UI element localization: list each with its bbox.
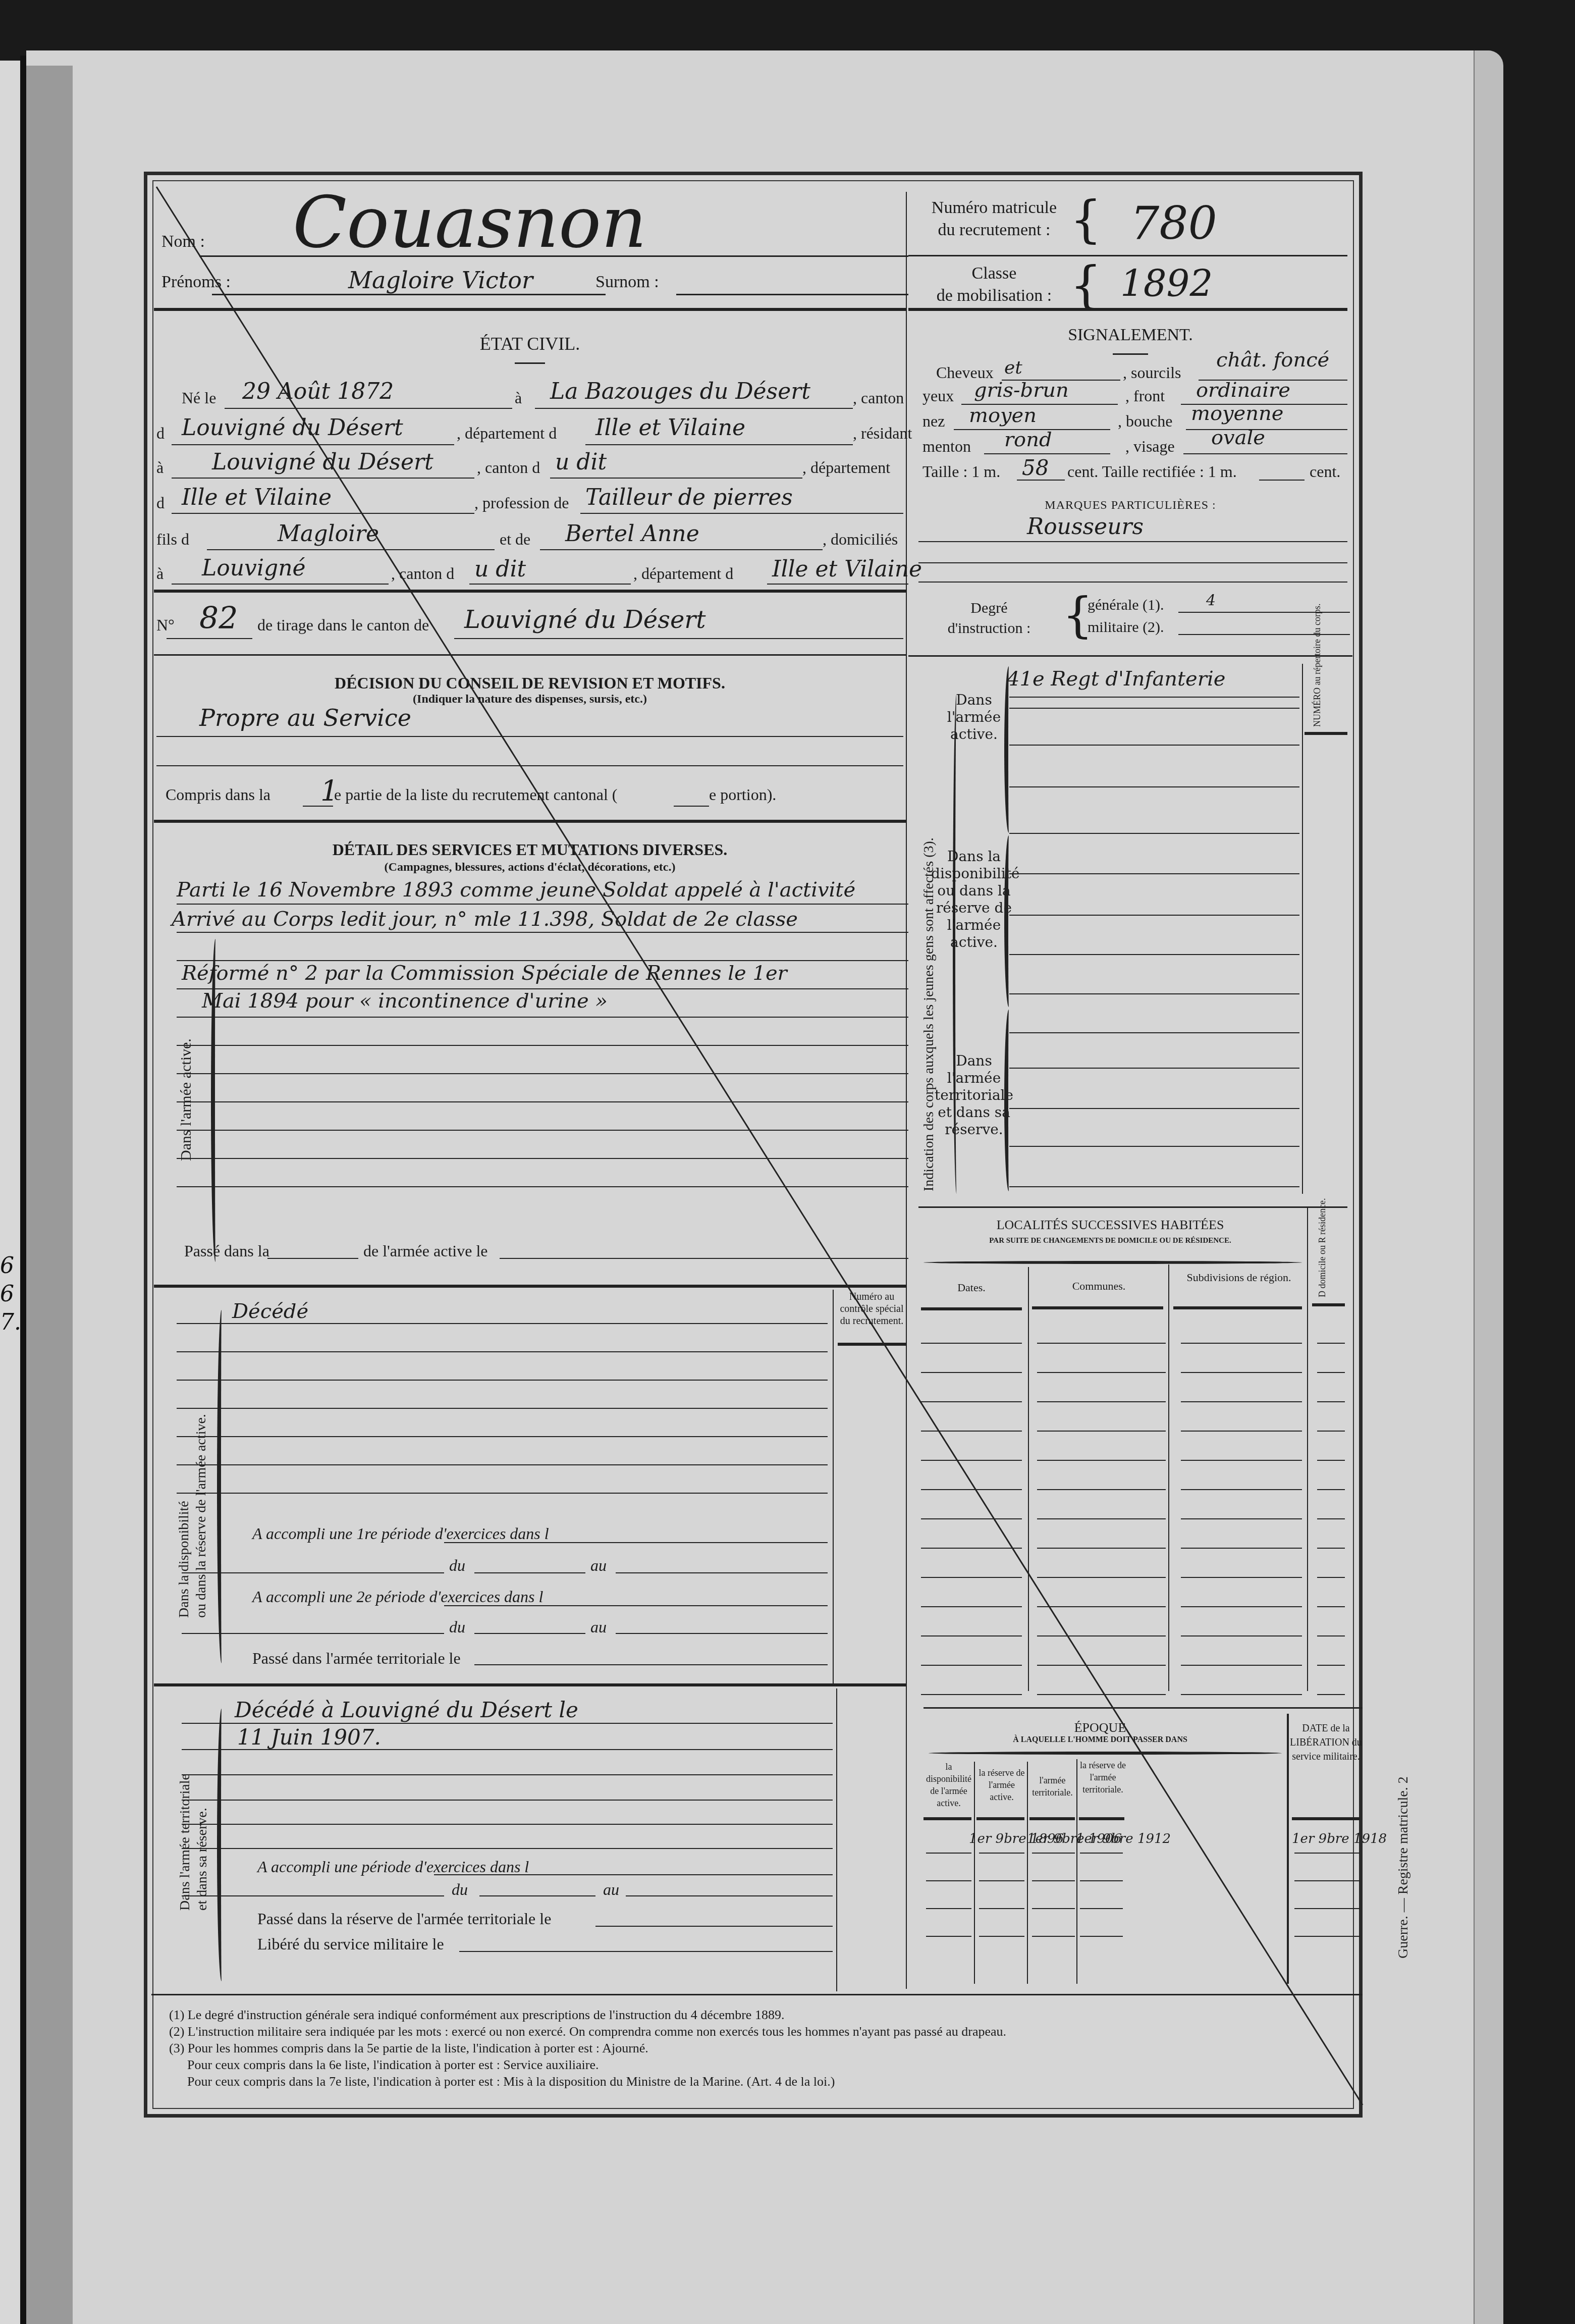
left-margin-notes: 6 6 7.	[0, 1252, 15, 1337]
numero-repertoire-label: NUMÉRO au répertoire du corps.	[1312, 661, 1323, 727]
residence: Louvigné du Désert	[212, 449, 433, 475]
disponibilite-note: Décédé	[232, 1300, 308, 1323]
etat-civil-title: ÉTAT CIVIL.	[151, 333, 908, 354]
pere: Magloire	[278, 521, 379, 547]
column-subdivisions: Subdivisions de région.	[1178, 1271, 1299, 1284]
taille-value: 58	[1022, 455, 1049, 480]
front-value: ordinaire	[1196, 379, 1290, 402]
footnotes: (1) Le degré d'instruction générale sera…	[169, 2006, 1355, 2090]
departement-naissance: Ille et Vilaine	[595, 415, 745, 441]
disponibilite-section: Dans la disponibilité ou dans la réserve…	[151, 1290, 908, 1683]
liberation-value: 1er 9bre 1918	[1292, 1831, 1387, 1846]
menton-value: rond	[1004, 428, 1052, 451]
numero-controle-label: Numéro au contrôle spécial du recrutemen…	[835, 1291, 908, 1327]
epoque-col-reserve-active: la réserve de l'armée active.	[976, 1767, 1027, 1803]
column-domicile-residence: D domicile ou R résidence.	[1317, 1206, 1328, 1297]
epoque-value-reserve-terr: 1er 9bre 1912	[1076, 1831, 1171, 1846]
column-communes: Communes.	[1029, 1280, 1168, 1293]
marques-value: Rousseurs	[1027, 514, 1144, 540]
epoque-title: ÉPOQUE	[918, 1720, 1282, 1735]
canton-residence: u dit	[555, 449, 607, 475]
page-fold-shadow	[26, 66, 73, 2324]
date-naissance: 29 Août 1872	[242, 379, 394, 404]
brace-icon	[1004, 666, 1013, 833]
territoriale-section: Dans l'armée territoriale et dans sa rés…	[151, 1688, 908, 1991]
signalement-section: SIGNALEMENT. Cheveux et , sourcils chât.…	[908, 313, 1352, 586]
canton-naissance: Louvigné du Désert	[182, 415, 403, 441]
canton-tirage: Louvigné du Désert	[464, 606, 706, 634]
brace-icon	[1004, 1010, 1013, 1191]
visage-value: ovale	[1211, 426, 1265, 449]
identity-section: Nom : Couasnon Prénoms : Magloire Victor…	[151, 151, 908, 303]
numero-matricule-value: 780	[1130, 197, 1217, 250]
corps-section: Indication des corps auxquels les jeunes…	[908, 656, 1352, 1196]
surnom-label: Surnom :	[595, 273, 659, 292]
prenoms-value: Magloire Victor	[348, 267, 533, 294]
yeux-value: gris-brun	[974, 379, 1069, 402]
numero-matricule-label: Numéro matricule	[918, 197, 1070, 219]
instruction-generale-value: 4	[1206, 592, 1216, 609]
service-line-3: Réformé n° 2 par la Commission Spéciale …	[182, 962, 787, 985]
classe-label: Classe	[918, 262, 1070, 285]
cheveux-value: et	[1004, 357, 1022, 378]
service-line-2: Arrivé au Corps ledit jour, n° mle 11.39…	[172, 908, 798, 931]
instruction-section: Degré d'instruction : { générale (1). 4 …	[908, 586, 1352, 651]
lieu-naissance: La Bazouges du Désert	[550, 379, 810, 404]
binding-gutter	[20, 56, 26, 2324]
footnote-3c: Pour ceux compris dans la 7e liste, l'in…	[169, 2073, 1355, 2090]
etat-civil-section: ÉTAT CIVIL. Né le 29 Août 1872 à La Bazo…	[151, 323, 908, 575]
nom-value: Couasnon	[293, 182, 647, 264]
service-line-4: Mai 1894 pour « incontinence d'urine »	[202, 989, 608, 1013]
tirage-section: N° 82 de tirage dans le canton de Louvig…	[151, 596, 908, 656]
brace-icon	[1004, 835, 1013, 1007]
brace-icon	[217, 1310, 226, 1663]
signalement-title: SIGNALEMENT.	[908, 326, 1352, 345]
nom-label: Nom :	[161, 232, 205, 251]
brace-icon	[211, 939, 220, 1262]
canton-parents: u dit	[474, 556, 526, 582]
localites-section: LOCALITÉS SUCCESSIVES HABITÉES PAR SUITE…	[908, 1196, 1352, 1691]
localites-title: LOCALITÉS SUCCESSIVES HABITÉES	[908, 1218, 1312, 1233]
corps-active-value: 41e Regt d'Infanterie	[1007, 667, 1225, 691]
sourcils-value: chât. foncé	[1216, 348, 1329, 372]
side-label-active: Dans l'armée active.	[178, 1038, 195, 1161]
bouche-value: moyenne	[1191, 402, 1283, 425]
territoriale-line-1: Décédé à Louvigné du Désert le	[235, 1698, 578, 1722]
decision-value: Propre au Service	[199, 704, 411, 731]
column-dates: Dates.	[918, 1281, 1024, 1294]
side-label-territoriale: Dans l'armée territoriale et dans sa rés…	[177, 1774, 211, 1911]
liberation-label: DATE de la LIBÉRATION du service militai…	[1289, 1721, 1363, 1764]
footnote-2: (2) L'instruction militaire sera indiqué…	[169, 2023, 1355, 2040]
departement-parents: Ille et Vilaine	[772, 556, 922, 582]
territoriale-line-2: 11 Juin 1907.	[237, 1725, 381, 1750]
services-section: DÉTAIL DES SERVICES ET MUTATIONS DIVERSE…	[151, 828, 908, 1282]
epoque-col-territoriale: l'armée territoriale.	[1028, 1774, 1076, 1799]
footnote-3: (3) Pour les hommes compris dans la 5e p…	[169, 2040, 1355, 2056]
epoque-col-disponibilite: la disponibilité de l'armée active.	[924, 1761, 974, 1809]
service-line-1: Parti le 16 Novembre 1893 comme jeune So…	[177, 878, 855, 902]
departement-residence: Ille et Vilaine	[182, 485, 332, 510]
page-right-edge	[1474, 50, 1503, 2324]
nez-value: moyen	[969, 404, 1037, 427]
footnote-1: (1) Le degré d'instruction générale sera…	[169, 2006, 1355, 2023]
classe-value: 1892	[1120, 262, 1213, 305]
profession: Tailleur de pierres	[585, 485, 793, 510]
register-footer: Guerre. — Registre matricule. 2	[1395, 1776, 1411, 1959]
mere: Bertel Anne	[565, 521, 699, 547]
brace-icon: {	[1070, 194, 1102, 245]
prenoms-label: Prénoms :	[161, 273, 231, 292]
epoque-section: ÉPOQUE À LAQUELLE L'HOMME DOIT PASSER DA…	[918, 1701, 1363, 1984]
decision-section: DÉCISION DU CONSEIL DE REVISION ET MOTIF…	[151, 661, 908, 823]
brace-icon: {	[1070, 260, 1102, 310]
adjacent-page-edge	[0, 61, 22, 2324]
footnote-3b: Pour ceux compris dans la 6e liste, l'in…	[169, 2056, 1355, 2073]
epoque-col-reserve-terr: la réserve de l'armée territoriale.	[1079, 1759, 1127, 1795]
matricule-section: Numéro matricule du recrutement : { 780 …	[908, 187, 1352, 308]
side-label-disponibilite: Dans la disponibilité ou dans la réserve…	[176, 1414, 210, 1618]
numero-tirage: 82	[199, 601, 238, 636]
